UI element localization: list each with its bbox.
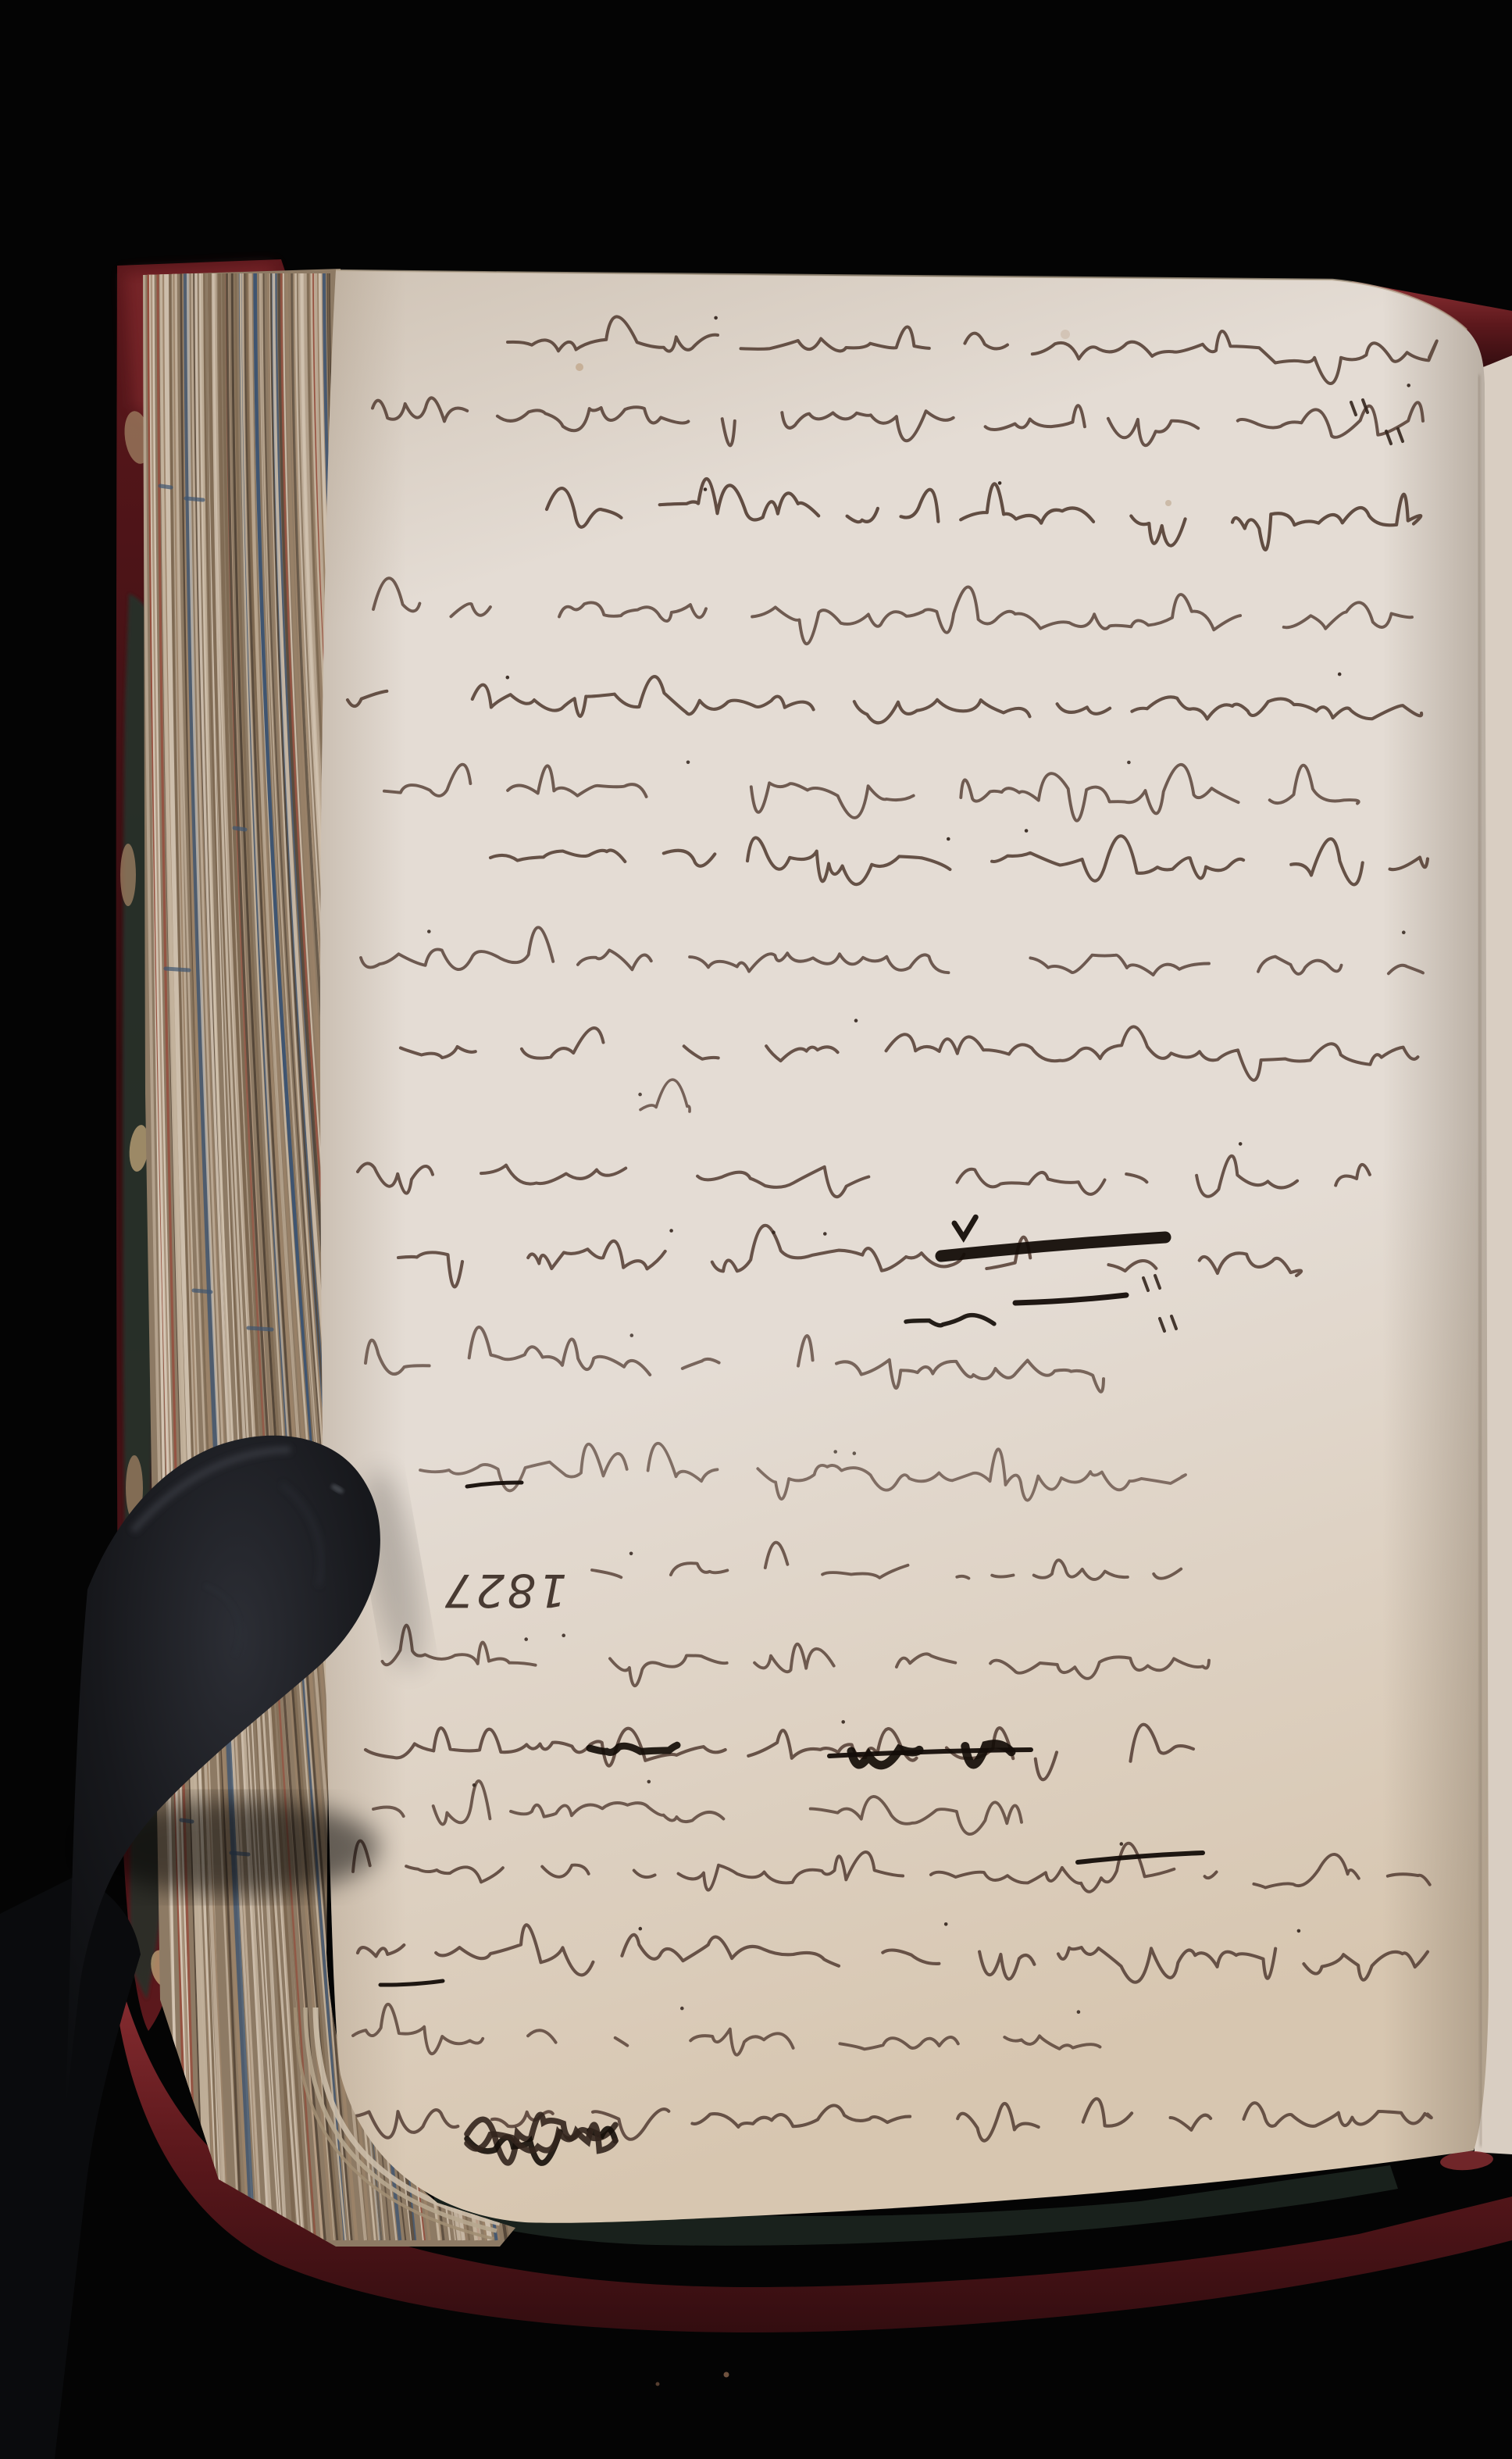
book: 1827 [0,259,1512,2459]
manuscript-photo: 1827 [0,0,1512,2459]
year-1827: 1827 [442,1564,567,1617]
manuscript-page [320,270,1489,2223]
scene-svg: 1827 [0,0,1512,2459]
